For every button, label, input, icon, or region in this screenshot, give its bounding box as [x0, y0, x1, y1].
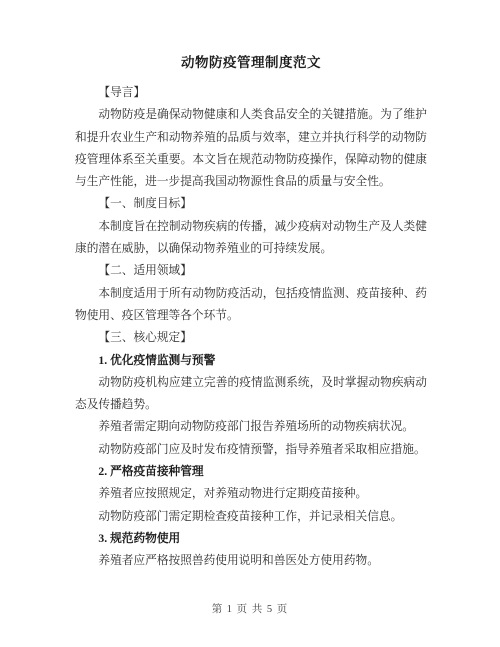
paragraph-medication-1: 养殖者应严格按照兽药使用说明和兽医处方使用药物。 — [75, 550, 427, 572]
document-page: 动物防疫管理制度范文 【导言】 动物防疫是确保动物健康和人类食品安全的关键措施。… — [0, 0, 500, 647]
numbered-heading-1: 1. 优化疫情监测与预警 — [75, 350, 427, 372]
paragraph-vaccine-1: 养殖者应按照规定，对养殖动物进行定期疫苗接种。 — [75, 483, 427, 505]
paragraph-goals: 本制度旨在控制动物疾病的传播，减少疫病对动物生产及人类健康的潜在威胁，以确保动物… — [75, 216, 427, 261]
paragraph-vaccine-2: 动物防疫部门需定期检查疫苗接种工作，并记录相关信息。 — [75, 506, 427, 528]
paragraph-monitoring-1: 动物防疫机构应建立完善的疫情监测系统，及时掌握动物疾病动态及传播趋势。 — [75, 372, 427, 417]
document-title: 动物防疫管理制度范文 — [75, 52, 427, 74]
numbered-heading-2: 2. 严格疫苗接种管理 — [75, 461, 427, 483]
section-heading-goals: 【一、制度目标】 — [75, 193, 427, 215]
paragraph-monitoring-2: 养殖者需定期向动物防疫部门报告养殖场所的动物疾病状况。 — [75, 416, 427, 438]
document-body: 【导言】 动物防疫是确保动物健康和人类食品安全的关键措施。为了维护和提升农业生产… — [75, 82, 427, 573]
section-heading-scope: 【二、适用领域】 — [75, 260, 427, 282]
paragraph-scope: 本制度适用于所有动物防疫活动，包括疫情监测、疫苗接种、药物使用、疫区管理等各个环… — [75, 283, 427, 328]
paragraph-intro: 动物防疫是确保动物健康和人类食品安全的关键措施。为了维护和提升农业生产和动物养殖… — [75, 104, 427, 193]
section-heading-core-rules: 【三、核心规定】 — [75, 327, 427, 349]
section-heading-intro: 【导言】 — [75, 82, 427, 104]
numbered-heading-3: 3. 规范药物使用 — [75, 528, 427, 550]
document-content: 动物防疫管理制度范文 【导言】 动物防疫是确保动物健康和人类食品安全的关键措施。… — [75, 52, 427, 573]
page-number-footer: 第 1 页 共 5 页 — [0, 602, 500, 618]
paragraph-monitoring-3: 动物防疫部门应及时发布疫情预警，指导养殖者采取相应措施。 — [75, 439, 427, 461]
